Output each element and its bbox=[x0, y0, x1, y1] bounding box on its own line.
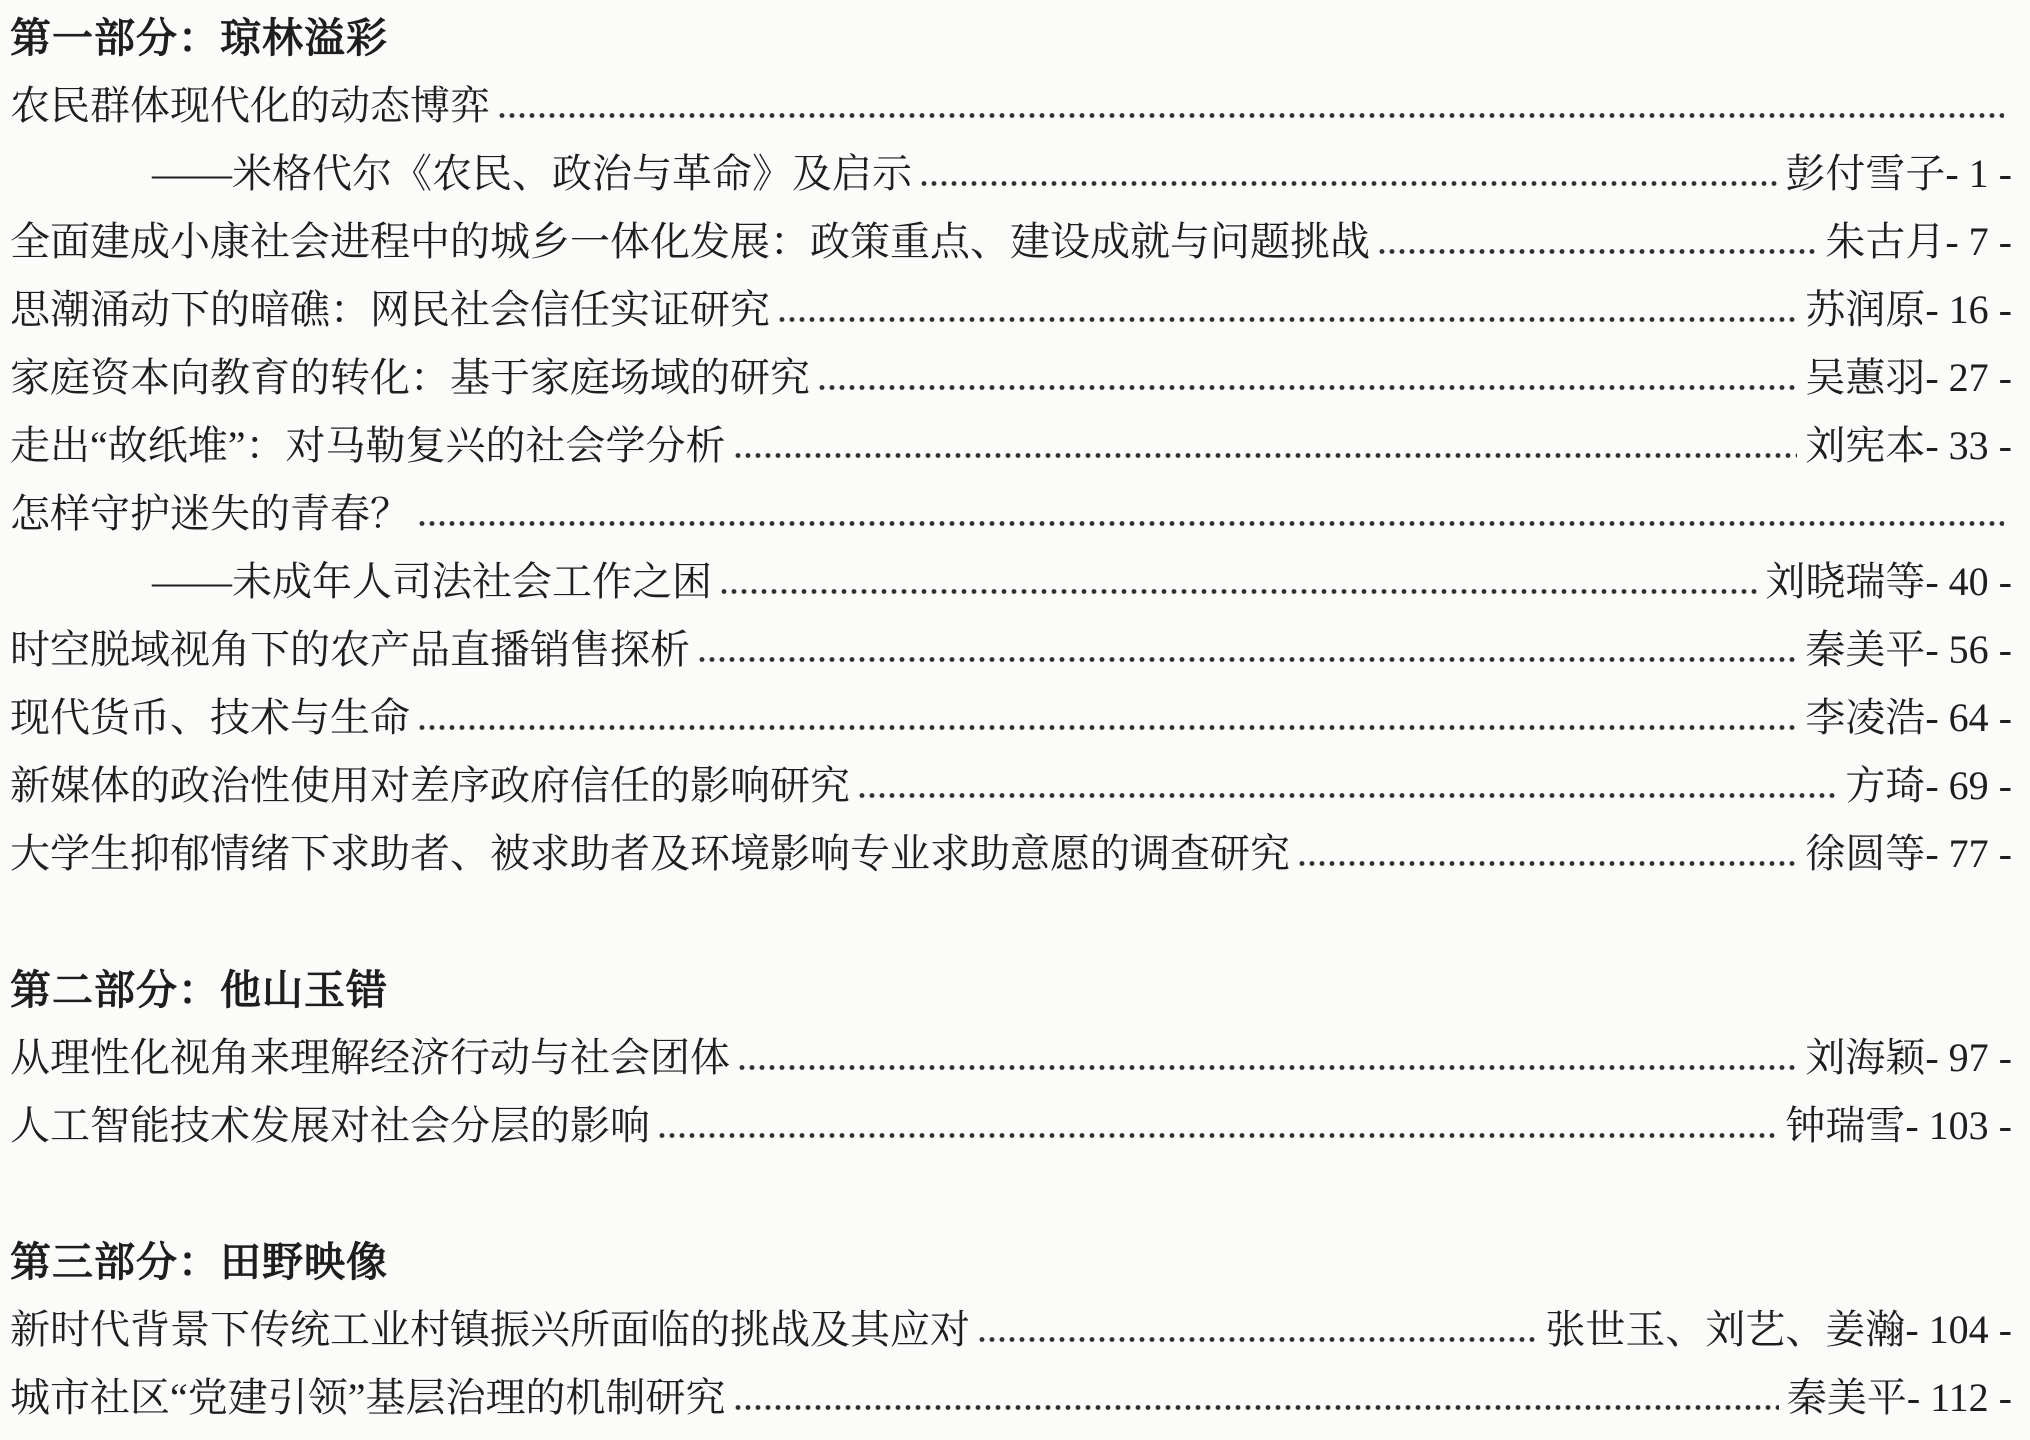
entry-title: 农民群体现代化的动态博弈 bbox=[10, 72, 490, 140]
entry-author: 刘宪本 bbox=[1805, 412, 1925, 480]
section-header-3: 第三部分：田野映像 bbox=[10, 1228, 2012, 1296]
entry-page-number: - 27 - bbox=[1925, 344, 2012, 412]
dot-leader bbox=[695, 616, 1797, 684]
toc-entry: 从理性化视角来理解经济行动与社会团体 刘海颖 - 97 - bbox=[10, 1024, 2012, 1092]
toc-entry: 新媒体的政治性使用对差序政府信任的影响研究 方琦 - 69 - bbox=[10, 752, 2012, 820]
entry-title: 新媒体的政治性使用对差序政府信任的影响研究 bbox=[10, 752, 850, 820]
entry-page-number: - 77 - bbox=[1925, 820, 2012, 888]
entry-page-number: - 7 - bbox=[1945, 208, 2012, 276]
toc-entry: 新时代背景下传统工业村镇振兴所面临的挑战及其应对 张世玉、刘艺、姜瀚 - 104… bbox=[10, 1296, 2012, 1364]
entry-author: 方琦 bbox=[1845, 752, 1925, 820]
entry-page-number: - 64 - bbox=[1925, 684, 2012, 752]
entry-author: 刘晓瑞等 bbox=[1765, 548, 1925, 616]
toc-entry: 全面建成小康社会进程中的城乡一体化发展：政策重点、建设成就与问题挑战 朱古月 -… bbox=[10, 208, 2012, 276]
toc-entry: ——米格代尔《农民、政治与革命》及启示 彭付雪子 - 1 - bbox=[10, 140, 2012, 208]
toc-entry: 时空脱域视角下的农产品直播销售探析 秦美平 - 56 - bbox=[10, 616, 2012, 684]
entry-title: 新时代背景下传统工业村镇振兴所面临的挑战及其应对 bbox=[10, 1296, 970, 1364]
dot-leader bbox=[655, 1092, 1777, 1160]
entry-author: 李凌浩 bbox=[1805, 684, 1925, 752]
entry-page-number: - 69 - bbox=[1925, 752, 2012, 820]
entry-title: 城市社区“党建引领”基层治理的机制研究 bbox=[10, 1364, 726, 1432]
dot-leader bbox=[1375, 208, 1817, 276]
entry-title: 全面建成小康社会进程中的城乡一体化发展：政策重点、建设成就与问题挑战 bbox=[10, 208, 1370, 276]
entry-author: 张世玉、刘艺、姜瀚 bbox=[1545, 1296, 1905, 1364]
entry-author: 秦美平 bbox=[1787, 1364, 1907, 1432]
entry-author: 苏润原 bbox=[1805, 276, 1925, 344]
dot-leader bbox=[495, 72, 2004, 140]
toc-entry: 农民群体现代化的动态博弈 bbox=[10, 72, 2012, 140]
entry-title: 从理性化视角来理解经济行动与社会团体 bbox=[10, 1024, 730, 1092]
toc-entry: 家庭资本向教育的转化：基于家庭场域的研究 吴蕙羽 - 27 - bbox=[10, 344, 2012, 412]
toc-entry: ——未成年人司法社会工作之困 刘晓瑞等 - 40 - bbox=[10, 548, 2012, 616]
dot-leader bbox=[855, 752, 1837, 820]
entry-title: 怎样守护迷失的青春？ bbox=[10, 480, 410, 548]
entry-title: 思潮涌动下的暗礁：网民社会信任实证研究 bbox=[10, 276, 770, 344]
dot-leader bbox=[415, 684, 1797, 752]
entry-author: 钟瑞雪 bbox=[1785, 1092, 1905, 1160]
entry-page-number: - 97 - bbox=[1925, 1024, 2012, 1092]
entry-page-number: - 40 - bbox=[1925, 548, 2012, 616]
entry-title: 大学生抑郁情绪下求助者、被求助者及环境影响专业求助意愿的调查研究 bbox=[10, 820, 1290, 888]
entry-title: 家庭资本向教育的转化：基于家庭场域的研究 bbox=[10, 344, 810, 412]
dot-leader bbox=[717, 548, 1757, 616]
entry-author: 刘海颖 bbox=[1805, 1024, 1925, 1092]
entry-title: ——未成年人司法社会工作之困 bbox=[10, 548, 712, 616]
toc-page: 第一部分：琼林溢彩 农民群体现代化的动态博弈 ——米格代尔《农民、政治与革命》及… bbox=[0, 0, 2030, 1440]
entry-author: 朱古月 bbox=[1825, 208, 1945, 276]
entry-author: 吴蕙羽 bbox=[1805, 344, 1925, 412]
entry-title: 人工智能技术发展对社会分层的影响 bbox=[10, 1092, 650, 1160]
dot-leader bbox=[1295, 820, 1797, 888]
entry-title: 现代货币、技术与生命 bbox=[10, 684, 410, 752]
toc-entry: 怎样守护迷失的青春？ bbox=[10, 480, 2012, 548]
entry-page-number: - 56 - bbox=[1925, 616, 2012, 684]
entry-page-number: - 104 - bbox=[1905, 1296, 2012, 1364]
toc-entry: 大学生抑郁情绪下求助者、被求助者及环境影响专业求助意愿的调查研究 徐圆等 - 7… bbox=[10, 820, 2012, 888]
entry-page-number: - 112 - bbox=[1907, 1364, 2012, 1432]
dot-leader bbox=[975, 1296, 1537, 1364]
dot-leader bbox=[415, 480, 2004, 548]
entry-page-number: - 16 - bbox=[1925, 276, 2012, 344]
toc-entry: 走出“故纸堆”：对马勒复兴的社会学分析 刘宪本 - 33 - bbox=[10, 412, 2012, 480]
dot-leader bbox=[775, 276, 1797, 344]
toc-entry: 现代货币、技术与生命 李凌浩 - 64 - bbox=[10, 684, 2012, 752]
entry-author: 徐圆等 bbox=[1805, 820, 1925, 888]
entry-title: 走出“故纸堆”：对马勒复兴的社会学分析 bbox=[10, 412, 726, 480]
dot-leader bbox=[815, 344, 1797, 412]
section-header-1: 第一部分：琼林溢彩 bbox=[10, 4, 2012, 72]
dot-leader bbox=[731, 1364, 1779, 1432]
section-header-2: 第二部分：他山玉错 bbox=[10, 956, 2012, 1024]
entry-title: 时空脱域视角下的农产品直播销售探析 bbox=[10, 616, 690, 684]
toc-entry: 人工智能技术发展对社会分层的影响 钟瑞雪 - 103 - bbox=[10, 1092, 2012, 1160]
entry-author: 彭付雪子 bbox=[1785, 140, 1945, 208]
dot-leader bbox=[735, 1024, 1797, 1092]
entry-page-number: - 33 - bbox=[1925, 412, 2012, 480]
entry-page-number: - 1 - bbox=[1945, 140, 2012, 208]
dot-leader bbox=[731, 412, 1798, 480]
entry-page-number: - 103 - bbox=[1905, 1092, 2012, 1160]
entry-author: 秦美平 bbox=[1805, 616, 1925, 684]
toc-entry: 城市社区“党建引领”基层治理的机制研究 秦美平 - 112 - bbox=[10, 1364, 2012, 1432]
dot-leader bbox=[917, 140, 1777, 208]
entry-title: ——米格代尔《农民、政治与革命》及启示 bbox=[10, 140, 912, 208]
toc-entry: 思潮涌动下的暗礁：网民社会信任实证研究 苏润原 - 16 - bbox=[10, 276, 2012, 344]
